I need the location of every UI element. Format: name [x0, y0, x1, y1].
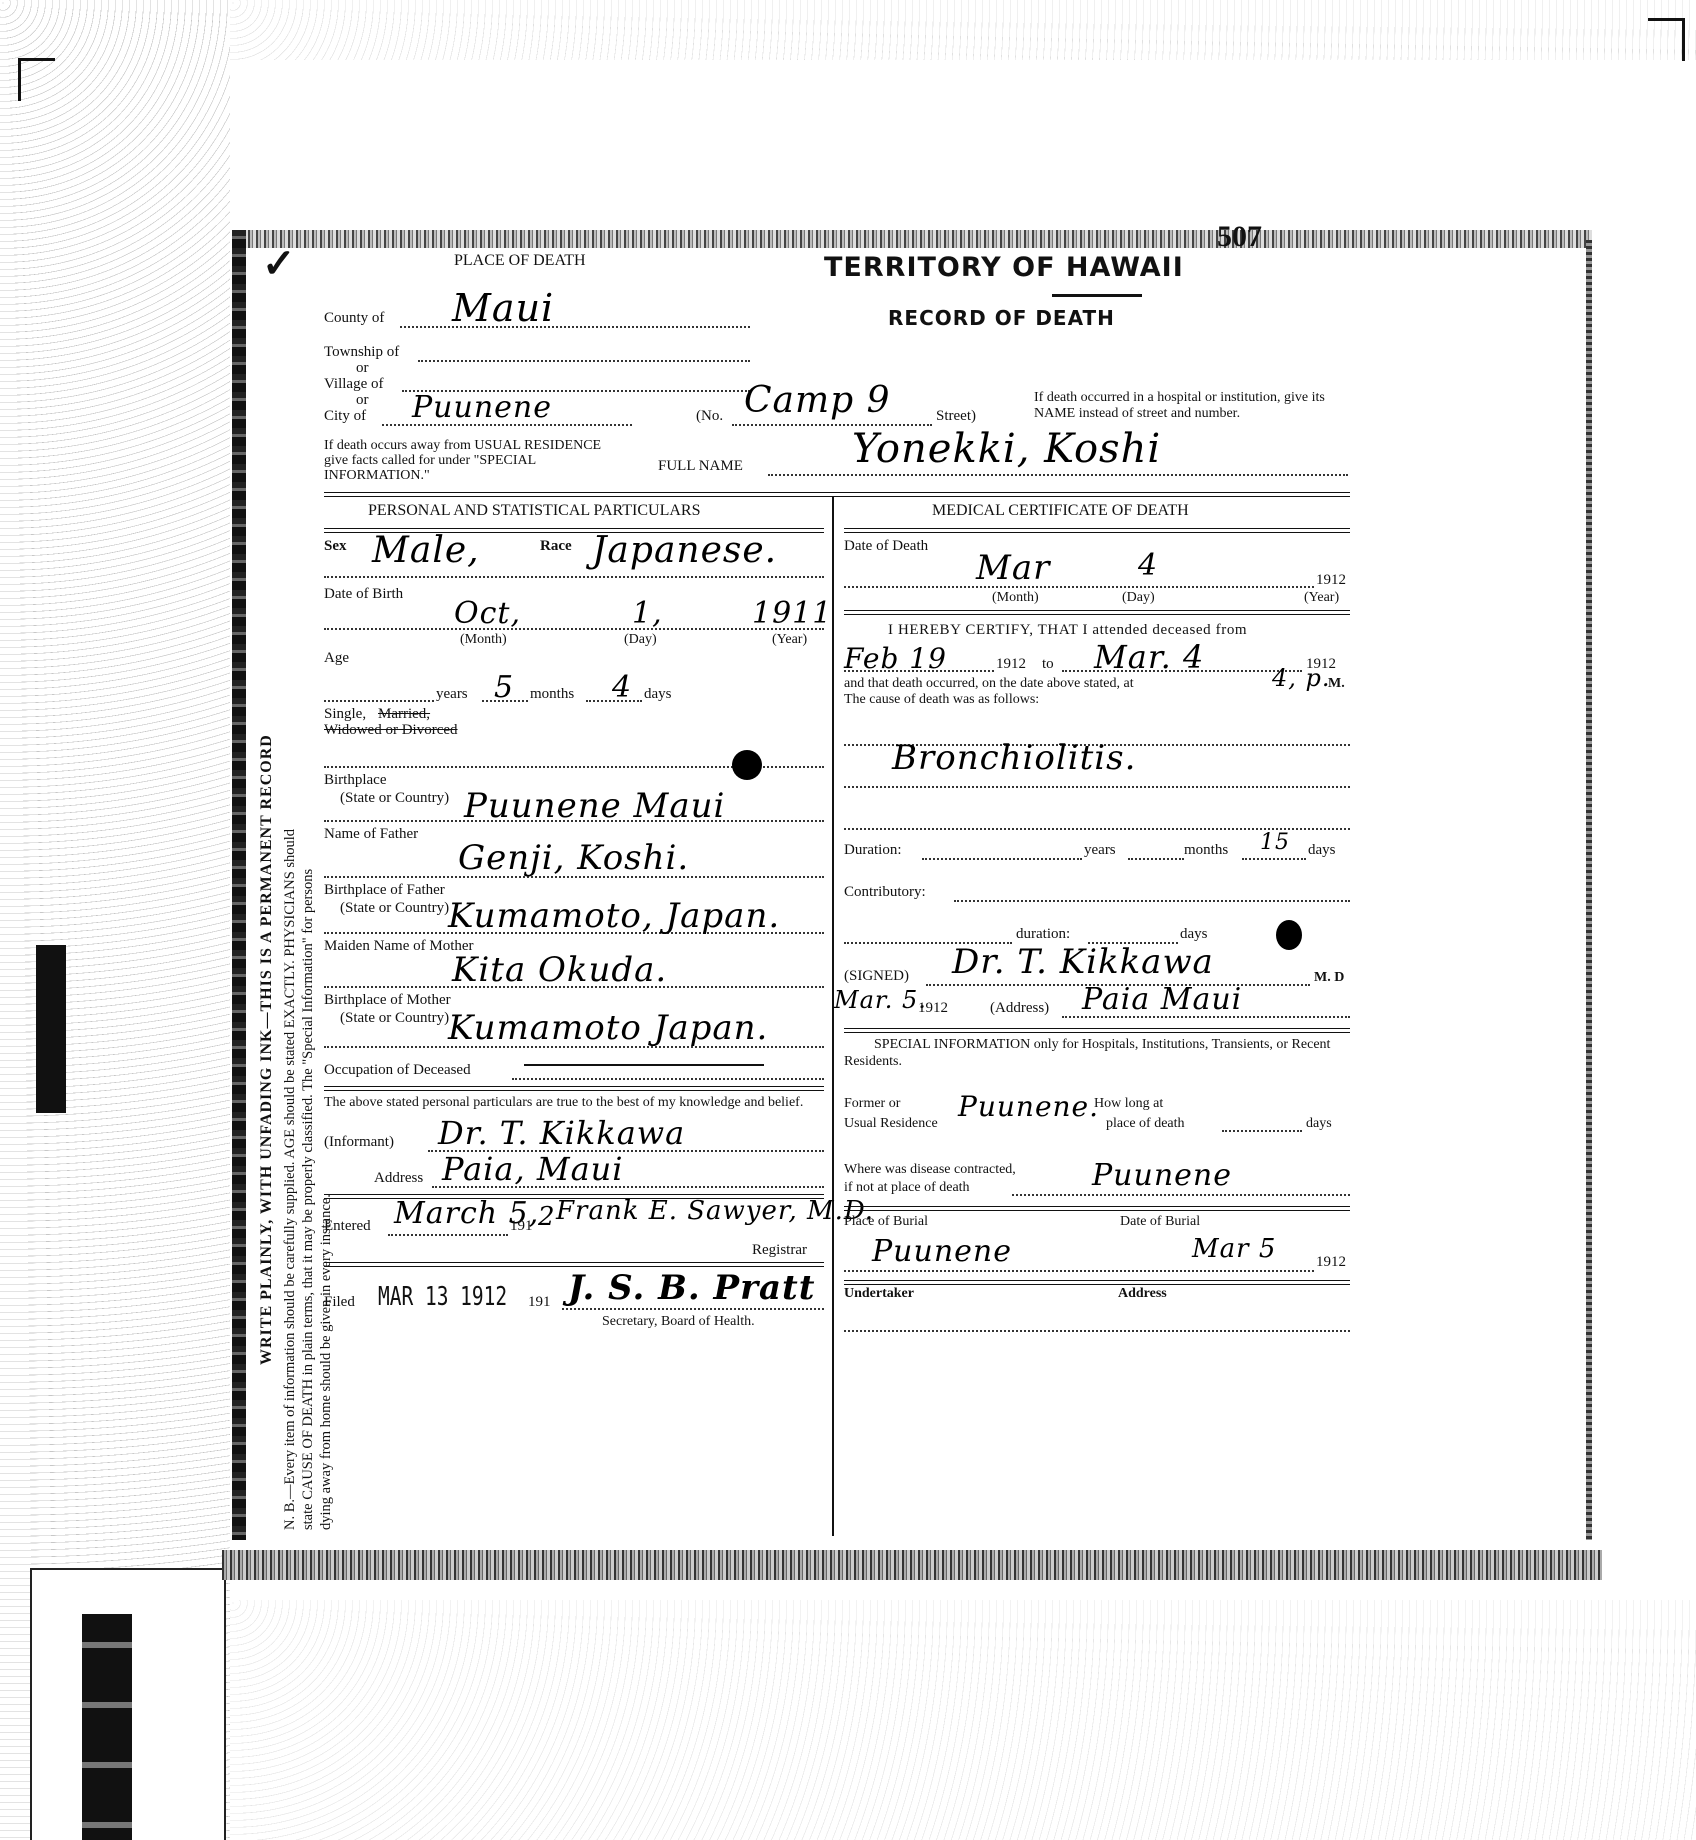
cause-line-2: [844, 786, 1350, 788]
occurred-text: and that death occurred, on the date abo…: [844, 676, 1134, 692]
village-label: Village of: [324, 376, 384, 393]
duration-years-line: [922, 858, 1082, 860]
signed-year: 1912: [918, 1000, 948, 1017]
former-value: Puunene.: [958, 1090, 1099, 1123]
dod-label: Date of Death: [844, 538, 928, 555]
crop-mark-top-left: [18, 58, 55, 101]
time-suffix: M.: [1328, 676, 1345, 692]
street-label: Street): [936, 408, 976, 425]
mother-value: Kita Okuda.: [452, 950, 667, 990]
nb-note-line-1: N. B.—Every item of information should b…: [282, 829, 299, 1530]
dob-month-caption: (Month): [460, 632, 507, 648]
filed-year-prefix: 191: [528, 1294, 551, 1311]
contracted-label-1: Where was disease contracted,: [844, 1162, 1016, 1178]
margin-tab: [36, 945, 66, 1113]
undertaker-label: Undertaker: [844, 1286, 914, 1302]
former-label-1: Former or: [844, 1096, 900, 1112]
section-divider: [324, 492, 1350, 497]
record-number: 507: [1217, 220, 1262, 254]
ink-blot: [732, 750, 762, 780]
occupation-label: Occupation of Deceased: [324, 1062, 471, 1079]
from-year: 1912: [996, 656, 1026, 673]
filed-label: Filed: [324, 1294, 355, 1311]
father-birthplace-sub: (State or Country): [340, 900, 449, 917]
dob-line: [324, 628, 824, 630]
duration-months-line: [1128, 858, 1184, 860]
age-years-label: years: [436, 686, 468, 703]
nb-note-line-2: state CAUSE OF DEATH in plain terms, tha…: [300, 869, 317, 1530]
contracted-label-2: if not at place of death: [844, 1180, 970, 1196]
crop-mark-top-right: [1648, 18, 1685, 61]
secretary-signature: J. S. B. Pratt: [568, 1268, 815, 1308]
sig-address-label: (Address): [990, 1000, 1049, 1017]
age-months-label: months: [530, 686, 574, 703]
howlong-label-1: How long at: [1094, 1096, 1163, 1112]
contracted-line: [1012, 1194, 1350, 1196]
former-label-2: Usual Residence: [844, 1116, 938, 1132]
dod-day-caption: (Day): [1122, 590, 1155, 606]
entered-year-prefix: 191: [510, 1218, 533, 1235]
father-birthplace-value: Kumamoto, Japan.: [448, 896, 780, 936]
sex-value: Male,: [372, 530, 480, 571]
sex-label: Sex: [324, 538, 347, 555]
father-label: Name of Father: [324, 826, 418, 843]
occupation-rule: [324, 1086, 824, 1091]
permanent-record-note: WRITE PLAINLY, WITH UNFADING INK—THIS IS…: [258, 734, 276, 1365]
mother-birthplace-label: Birthplace of Mother: [324, 992, 451, 1009]
contributory-line: [954, 900, 1350, 902]
sig-address-value: Paia Maui: [1082, 982, 1242, 1017]
duration-months-label: months: [1184, 842, 1228, 859]
father-value: Genji, Koshi.: [458, 838, 689, 878]
county-label: County of: [324, 310, 384, 327]
md-label: M. D: [1314, 970, 1344, 986]
signed-value: Dr. T. Kikkawa: [952, 942, 1214, 982]
burial-line: [844, 1270, 1314, 1272]
howlong-label-2: place of death: [1106, 1116, 1185, 1132]
howlong-line: [1222, 1130, 1302, 1132]
scan-edge-top: [232, 230, 1592, 248]
attestation-text: The above stated personal particulars ar…: [324, 1094, 824, 1111]
full-name-label: FULL NAME: [658, 458, 743, 475]
certify-text: I HEREBY CERTIFY, THAT I attended deceas…: [888, 622, 1247, 639]
medical-heading-rule: [844, 528, 1350, 533]
informant-value: Dr. T. Kikkawa: [438, 1114, 685, 1152]
burial-year: 1912: [1316, 1254, 1346, 1271]
scan-edge-right: [1586, 240, 1592, 1540]
informant-address-value: Paia, Maui: [442, 1150, 624, 1188]
dob-year-caption: (Year): [772, 632, 807, 648]
nb-note-line-3: dying away from home should be given in …: [318, 1194, 335, 1530]
special-info-heading: SPECIAL INFORMATION only for Hospitals, …: [844, 1036, 1350, 1070]
township-label: Township of: [324, 344, 399, 361]
record-of-death-title: RECORD OF DEATH: [888, 306, 1115, 330]
entered-line: [388, 1234, 508, 1236]
medical-heading: MEDICAL CERTIFICATE OF DEATH: [932, 502, 1189, 520]
dod-month: Mar: [976, 548, 1050, 588]
dod-day: 4: [1138, 548, 1158, 583]
dob-day-caption: (Day): [624, 632, 657, 648]
signed-date: Mar. 5.: [834, 986, 927, 1014]
howlong-days: days: [1306, 1116, 1332, 1132]
death-record-form: WRITE PLAINLY, WITH UNFADING INK—THIS IS…: [232, 230, 1592, 1540]
age-years-line: [324, 700, 434, 702]
dod-month-caption: (Month): [992, 590, 1039, 606]
status-single: Single,: [324, 706, 366, 723]
or-label-1: or: [356, 360, 369, 377]
attended-from-line: [844, 670, 994, 672]
burial-date-value: Mar 5: [1192, 1234, 1276, 1264]
dob-label: Date of Birth: [324, 586, 403, 603]
dob-day: 1,: [632, 596, 663, 631]
burial-date-label: Date of Burial: [1120, 1214, 1200, 1230]
burial-rule: [844, 1280, 1350, 1285]
burial-place-label: Place of Burial: [844, 1214, 928, 1230]
duration-days-value: 15: [1260, 830, 1290, 855]
signed-label: (SIGNED): [844, 968, 909, 985]
title-underline: [1052, 294, 1142, 297]
attended-to: Mar. 4: [1094, 638, 1204, 676]
burial-place-value: Puunene: [872, 1234, 1012, 1269]
contributory-label: Contributory:: [844, 884, 926, 901]
signed-rule: [844, 1028, 1350, 1033]
city-label: City of: [324, 408, 366, 425]
archive-label: [30, 1568, 226, 1840]
race-value: Japanese.: [592, 530, 777, 571]
street-value: Camp 9: [744, 380, 891, 421]
street-number-label: (No.: [696, 408, 723, 425]
registrar-label: Registrar: [752, 1242, 807, 1259]
to-label: to: [1042, 656, 1054, 673]
cause-text: The cause of death was as follows:: [844, 692, 1039, 708]
age-days-value: 4: [612, 670, 632, 705]
contracted-rule: [844, 1206, 1350, 1211]
duration-days-line: [1242, 858, 1306, 860]
dob-year: 1911: [752, 596, 832, 631]
birthplace-sub: (State or Country): [340, 790, 449, 807]
dob-month: Oct,: [454, 596, 521, 631]
status-widowed: Widowed or Divorced: [324, 722, 458, 739]
secretary-label: Secretary, Board of Health.: [602, 1314, 755, 1330]
contrib-days-label: days: [1180, 926, 1208, 943]
check-mark-icon: ✓: [262, 240, 296, 287]
entered-rule: [324, 1262, 824, 1267]
occupation-dash: [524, 1064, 764, 1066]
column-divider: [832, 496, 834, 1536]
place-of-death-heading: PLACE OF DEATH: [454, 252, 586, 270]
city-value: Puunene: [412, 390, 552, 425]
entered-label: Entered: [324, 1218, 371, 1235]
mother-birthplace-sub: (State or Country): [340, 1010, 449, 1027]
scan-edge-bottom: [222, 1550, 1602, 1580]
duration-label: Duration:: [844, 842, 902, 859]
contrib-duration-label: duration:: [1016, 926, 1070, 943]
birthplace-label: Birthplace: [324, 772, 386, 789]
dod-rule: [844, 610, 1350, 615]
secretary-line: [562, 1308, 824, 1310]
informant-address-label: Address: [374, 1170, 423, 1187]
dod-line: [844, 586, 1314, 588]
cause-value: Bronchiolitis.: [892, 738, 1136, 778]
full-name-line: [768, 474, 1348, 476]
dod-year-caption: (Year): [1304, 590, 1339, 606]
father-birthplace-label: Birthplace of Father: [324, 882, 445, 899]
duration-years-label: years: [1084, 842, 1116, 859]
sex-race-line: [324, 576, 824, 578]
undertaker-address-label: Address: [1118, 1286, 1167, 1302]
personal-heading: PERSONAL AND STATISTICAL PARTICULARS: [368, 502, 700, 520]
hospital-note: If death occurred in a hospital or insti…: [1034, 390, 1350, 422]
time-value: 4, p.: [1272, 664, 1331, 692]
contracted-value: Puunene: [1092, 1158, 1232, 1193]
full-name-value: Yonekki, Koshi: [852, 426, 1161, 472]
filed-stamp: MAR 13 1912: [378, 1282, 507, 1312]
age-months-value: 5: [494, 670, 514, 705]
informant-label: (Informant): [324, 1134, 394, 1151]
status-married: Married,: [378, 706, 430, 723]
age-days-label: days: [644, 686, 672, 703]
scan-noise-top: [230, 0, 1696, 60]
duration-days-label: days: [1308, 842, 1336, 859]
scan-noise-left: [0, 0, 230, 1840]
away-from-residence-note: If death occurs away from USUAL RESIDENC…: [324, 438, 614, 483]
county-value: Maui: [452, 286, 554, 330]
township-line: [418, 360, 750, 362]
scan-noise-bottom: [230, 1600, 1696, 1840]
race-label: Race: [540, 538, 572, 555]
territory-title: TERRITORY OF HAWAII: [824, 252, 1184, 283]
undertaker-line: [844, 1330, 1350, 1332]
birthplace-value: Puunene Maui: [464, 786, 725, 826]
scan-edge-left: [232, 230, 246, 1540]
entered-year-suffix: 2: [538, 1202, 556, 1232]
age-label: Age: [324, 650, 349, 667]
or-label-2: or: [356, 392, 369, 409]
registrar-signature: Frank E. Sawyer, M.D.: [556, 1196, 874, 1226]
occupation-line: [512, 1078, 824, 1080]
dod-year: 1912: [1316, 572, 1346, 589]
ink-blot-2: [1276, 920, 1302, 950]
mother-birthplace-value: Kumamoto Japan.: [448, 1008, 768, 1048]
